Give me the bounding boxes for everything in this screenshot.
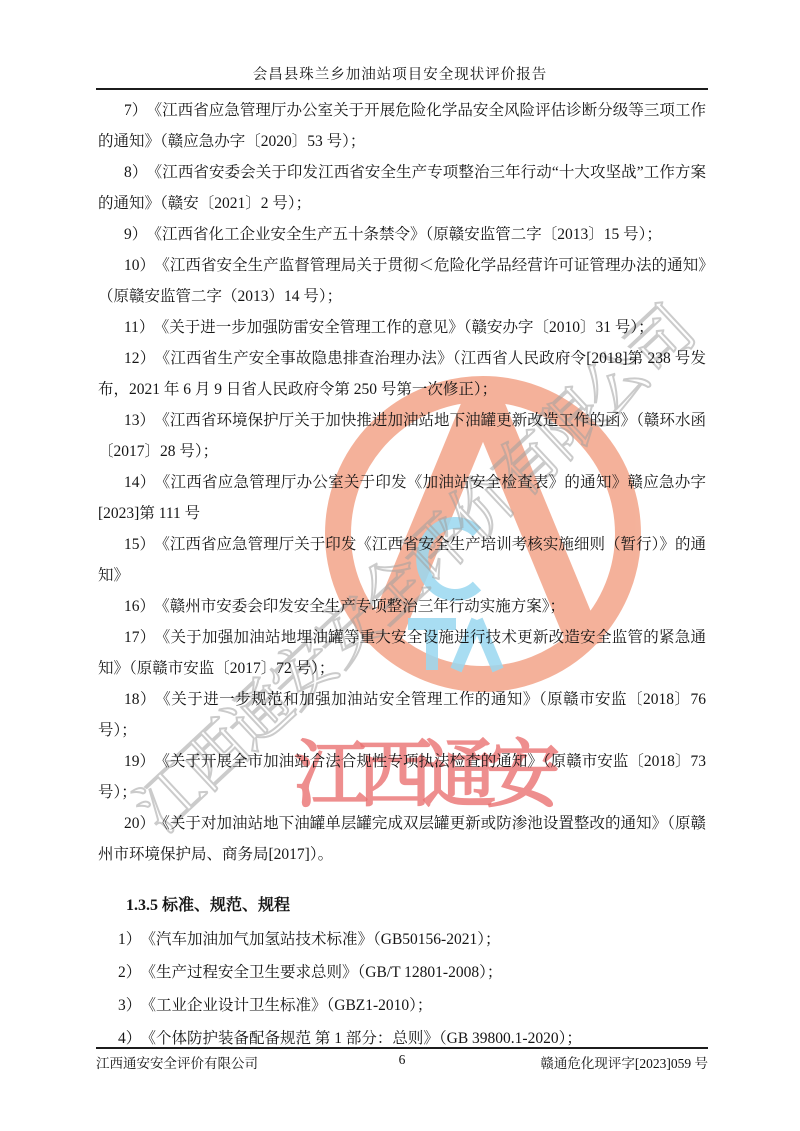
item-number: 14） xyxy=(124,474,163,491)
standard-item: 3）《工业企业设计卫生标准》（GBZ1-2010）； xyxy=(98,989,706,1022)
regulation-item: 15）《江西省应急管理厅关于印发《江西省安全生产培训考核实施细则（暂行）》的通知… xyxy=(98,529,706,591)
regulation-item: 8）《江西省安委会关于印发江西省安全生产专项整治三年行动“十大攻坚战”工作方案的… xyxy=(98,157,706,219)
footer-doc-number: 赣通危化现评字[2023]059 号 xyxy=(422,1052,708,1072)
item-text: 《生产过程安全卫生要求总则》（GB/T 12801-2008）； xyxy=(148,964,502,981)
item-text: 《江西省安委会关于印发江西省安全生产专项整治三年行动“十大攻坚战”工作方案的通知… xyxy=(98,164,706,212)
standard-item: 2）《生产过程安全卫生要求总则》（GB/T 12801-2008）； xyxy=(98,956,706,989)
section-heading: 1.3.5 标准、规范、规程 xyxy=(98,890,706,921)
item-number: 12） xyxy=(124,350,162,367)
footer-page-number: 6 xyxy=(382,1052,422,1068)
item-number: 4） xyxy=(118,1030,148,1047)
regulation-item: 17）《关于加强加油站地埋油罐等重大安全设施进行技术更新改造安全监管的紧急通知》… xyxy=(98,622,706,684)
regulation-item: 18）《关于进一步规范和加强加油站安全管理工作的通知》（原赣市安监〔2018〕7… xyxy=(98,684,706,746)
item-number: 10） xyxy=(124,257,162,274)
footer-company: 江西通安安全评价有限公司 xyxy=(96,1052,382,1072)
item-text: 《江西省应急管理厅关于印发《江西省安全生产培训考核实施细则（暂行）》的通知》 xyxy=(98,536,706,584)
regulation-item: 7）《江西省应急管理厅办公室关于开展危险化学品安全风险评估诊断分级等三项工作的通… xyxy=(98,95,706,157)
item-text: 《江西省应急管理厅办公室关于开展危险化学品安全风险评估诊断分级等三项工作的通知》… xyxy=(98,102,706,150)
regulation-item: 12）《江西省生产安全事故隐患排查治理办法》（江西省人民政府令[2018]第 2… xyxy=(98,343,706,405)
item-text: 《关于开展全市加油站合法合规性专项执法检查的通知》（原赣市安监〔2018〕73 … xyxy=(98,753,706,801)
regulation-item: 13）《江西省环境保护厅关于加快推进加油站地下油罐更新改造工作的函》（赣环水函〔… xyxy=(98,405,706,467)
item-text: 《江西省环境保护厅关于加快推进加油站地下油罐更新改造工作的函》（赣环水函〔201… xyxy=(98,412,706,460)
item-number: 1） xyxy=(118,931,148,948)
document-body: 7）《江西省应急管理厅办公室关于开展危险化学品安全风险评估诊断分级等三项工作的通… xyxy=(98,95,706,1055)
item-number: 17） xyxy=(124,629,163,646)
regulation-item: 20）《关于对加油站地下油罐单层罐完成双层罐更新或防渗池设置整改的通知》（原赣州… xyxy=(98,808,706,870)
item-text: 《江西省应急管理厅办公室关于印发《加油站安全检查表》的通知》赣应急办字[2023… xyxy=(98,474,706,522)
item-text: 《关于加强加油站地埋油罐等重大安全设施进行技术更新改造安全监管的紧急通知》（原赣… xyxy=(98,629,706,677)
item-number: 20） xyxy=(124,815,162,832)
item-text: 《关于进一步加强防雷安全管理工作的意见》（赣安办字〔2010〕31 号）； xyxy=(161,319,653,336)
document-page: 江西通安安全评价有限公司 江西通安 会昌县珠兰乡加油站项目安全现状评价报告 7）… xyxy=(0,0,800,1131)
item-text: 《江西省生产安全事故隐患排查治理办法》（江西省人民政府令[2018]第 238 … xyxy=(98,350,706,398)
regulation-item: 9）《江西省化工企业安全生产五十条禁令》（原赣安监管二字〔2013〕15 号）； xyxy=(98,219,706,250)
item-number: 16） xyxy=(124,598,162,615)
standard-item: 1）《汽车加油加气加氢站技术标准》（GB50156-2021）； xyxy=(98,923,706,956)
item-number: 13） xyxy=(124,412,162,429)
regulation-item: 10）《江西省安全生产监督管理局关于贯彻＜危险化学品经营许可证管理办法的通知》（… xyxy=(98,250,706,312)
regulation-item: 16）《赣州市安委会印发安全生产专项整治三年行动实施方案》； xyxy=(98,591,706,622)
item-number: 8） xyxy=(124,164,154,181)
item-text: 《关于进一步规范和加强加油站安全管理工作的通知》（原赣市安监〔2018〕76 号… xyxy=(98,691,706,739)
item-number: 11） xyxy=(124,319,161,336)
footer-rule xyxy=(96,1047,708,1049)
item-text: 《工业企业设计卫生标准》（GBZ1-2010）； xyxy=(148,997,432,1014)
item-text: 《个体防护装备配备规范 第 1 部分：总则》（GB 39800.1-2020）； xyxy=(148,1030,582,1047)
report-header-title: 会昌县珠兰乡加油站项目安全现状评价报告 xyxy=(0,63,800,84)
item-number: 18） xyxy=(124,691,163,708)
item-text: 《江西省安全生产监督管理局关于贯彻＜危险化学品经营许可证管理办法的通知》（原赣安… xyxy=(98,257,706,305)
item-number: 7） xyxy=(124,102,154,119)
item-number: 9） xyxy=(124,226,154,243)
item-number: 19） xyxy=(124,753,162,770)
item-text: 《赣州市安委会印发安全生产专项整治三年行动实施方案》； xyxy=(162,598,565,615)
item-text: 《关于对加油站地下油罐单层罐完成双层罐更新或防渗池设置整改的通知》（原赣州市环境… xyxy=(98,815,706,863)
document-footer: 江西通安安全评价有限公司 6 赣通危化现评字[2023]059 号 xyxy=(96,1052,708,1072)
item-number: 2） xyxy=(118,964,148,981)
item-text: 《江西省化工企业安全生产五十条禁令》（原赣安监管二字〔2013〕15 号）； xyxy=(154,226,662,243)
item-text: 《汽车加油加气加氢站技术标准》（GB50156-2021）； xyxy=(148,931,500,948)
regulation-item: 19）《关于开展全市加油站合法合规性专项执法检查的通知》（原赣市安监〔2018〕… xyxy=(98,746,706,808)
header-rule xyxy=(96,88,708,90)
regulation-item: 14）《江西省应急管理厅办公室关于印发《加油站安全检查表》的通知》赣应急办字[2… xyxy=(98,467,706,529)
item-number: 15） xyxy=(124,536,162,553)
standard-item: 4）《个体防护装备配备规范 第 1 部分：总则》（GB 39800.1-2020… xyxy=(98,1022,706,1055)
regulation-item: 11）《关于进一步加强防雷安全管理工作的意见》（赣安办字〔2010〕31 号）； xyxy=(98,312,706,343)
item-number: 3） xyxy=(118,997,148,1014)
